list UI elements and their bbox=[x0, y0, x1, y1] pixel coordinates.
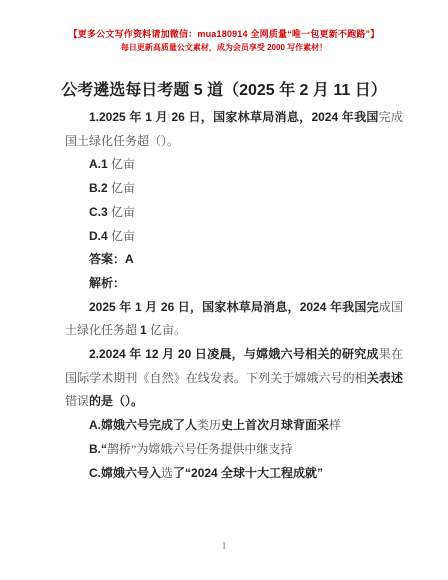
text-run: 1 bbox=[140, 323, 150, 337]
text-run: B.2 bbox=[89, 181, 111, 195]
text-run: A.1 bbox=[89, 157, 111, 171]
text-run: 错误 bbox=[65, 394, 89, 408]
text-run: D.4 bbox=[89, 229, 111, 243]
page-number: 1 bbox=[0, 540, 448, 554]
text-run: 史上首次月球背面采 bbox=[221, 418, 329, 432]
text-run: ”为嫦娥六号任务提供中继支持 bbox=[131, 442, 292, 456]
text-run: 关表述 bbox=[367, 371, 403, 385]
text-run: 类历 bbox=[197, 418, 221, 432]
question-1-option-c: C.3 亿亩 bbox=[65, 201, 403, 225]
question-2-option-b: B.“鹊桥”为嫦娥六号任务提供中继支持 bbox=[65, 438, 403, 462]
text-run: 亿亩 bbox=[111, 181, 135, 195]
text-run: 的是（）。 bbox=[89, 394, 143, 408]
text-run: 亿亩 bbox=[111, 205, 135, 219]
watermark-line-2: 每日更新高质量公文素材，成为会员享受 2000 写作素材！ bbox=[0, 41, 448, 54]
text-run: C.嫦娥六号入 bbox=[89, 466, 161, 480]
text-run: 选 bbox=[161, 466, 173, 480]
question-1-option-a: A.1 亿亩 bbox=[65, 153, 403, 177]
question-2-option-a: A.嫦娥六号完成了人类历史上首次月球背面采样 bbox=[65, 414, 403, 438]
text-run: C.3 bbox=[89, 205, 111, 219]
question-1-analysis: 2025 年 1 月 26 日，国家林草局消息，2024 年我国完成国土绿化任务… bbox=[65, 296, 403, 343]
text-run: B.“ bbox=[89, 442, 107, 456]
text-run: 2.2024 年 12 月 20 日凌晨，与嫦娥六号相关的研究成 bbox=[89, 347, 379, 361]
question-1-option-d: D.4 亿亩 bbox=[65, 225, 403, 249]
text-run: 了“2024 全球十大工程成就” bbox=[173, 466, 323, 480]
question-1-analysis-label: 解析： bbox=[65, 272, 403, 296]
text-run: 1.2025 年 1 月 26 日，国家林草局消息，2024 年我国 bbox=[89, 110, 379, 124]
question-2-option-c: C.嫦娥六号入选了“2024 全球十大工程成就” bbox=[65, 462, 403, 486]
question-1-stem: 1.2025 年 1 月 26 日，国家林草局消息，2024 年我国完成国土绿化… bbox=[65, 106, 403, 153]
page-title: 公考遴选每日考题 5 道（2025 年 2 月 11 日） bbox=[0, 80, 448, 102]
document-body: 1.2025 年 1 月 26 日，国家林草局消息，2024 年我国完成国土绿化… bbox=[65, 106, 403, 485]
question-1-answer: 答案：A bbox=[65, 248, 403, 272]
text-run: 亿亩 bbox=[111, 229, 135, 243]
text-run: 解析： bbox=[89, 276, 125, 290]
text-run: 2025 年 1 月 26 日，国家林草局消息，2024 年我国完 bbox=[89, 300, 379, 314]
text-run: 亿亩 bbox=[111, 157, 135, 171]
watermark-banner: 【更多公文写作资料请加微信：mua180914 全网质量“唯一包更新不跑路”】 … bbox=[0, 27, 448, 54]
question-1-option-b: B.2 亿亩 bbox=[65, 177, 403, 201]
text-run: 鹊桥 bbox=[107, 442, 131, 456]
text-run: A.嫦娥六号完成了人 bbox=[89, 418, 197, 432]
text-run: 亿亩。 bbox=[150, 323, 186, 337]
watermark-line-1: 【更多公文写作资料请加微信：mua180914 全网质量“唯一包更新不跑路”】 bbox=[0, 27, 448, 41]
document-page: 【更多公文写作资料请加微信：mua180914 全网质量“唯一包更新不跑路”】 … bbox=[0, 0, 448, 580]
question-2-stem: 2.2024 年 12 月 20 日凌晨，与嫦娥六号相关的研究成果在国际学术期刊… bbox=[65, 343, 403, 414]
text-run: 答案：A bbox=[89, 252, 134, 266]
text-run: 样 bbox=[329, 418, 341, 432]
